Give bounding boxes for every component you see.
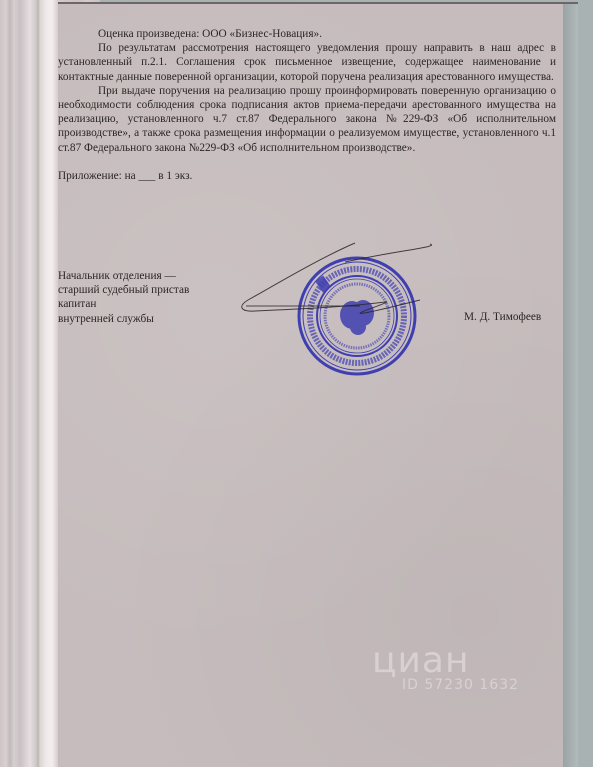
- paragraph-inform: При выдаче поручения на реализацию прошу…: [58, 84, 556, 155]
- signatory-title: Начальник отделения — старший судебный п…: [58, 269, 189, 326]
- paragraph-request: По результатам рассмотрения настоящего у…: [58, 41, 556, 84]
- signatory-title-line: Начальник отделения —: [58, 269, 189, 283]
- watermark-logo: циан: [372, 640, 519, 681]
- appendix-line: Приложение: на ___ в 1 экз.: [58, 169, 556, 183]
- signatory-title-line: капитан: [58, 297, 189, 311]
- document-body: Оценка произведена: ООО «Бизнес-Новация»…: [58, 27, 556, 183]
- signatory-title-line: старший судебный пристав: [58, 283, 189, 297]
- page-edge: [563, 4, 578, 767]
- signatory-name: М. Д. Тимофеев: [464, 311, 541, 323]
- watermark-id: ID 57230 1632: [402, 677, 519, 693]
- paragraph-assessment: Оценка произведена: ООО «Бизнес-Новация»…: [58, 27, 556, 41]
- signatory-title-line: внутренней службы: [58, 312, 189, 326]
- cian-watermark: циан ID 57230 1632: [372, 640, 519, 693]
- official-stamp-icon: [296, 255, 418, 377]
